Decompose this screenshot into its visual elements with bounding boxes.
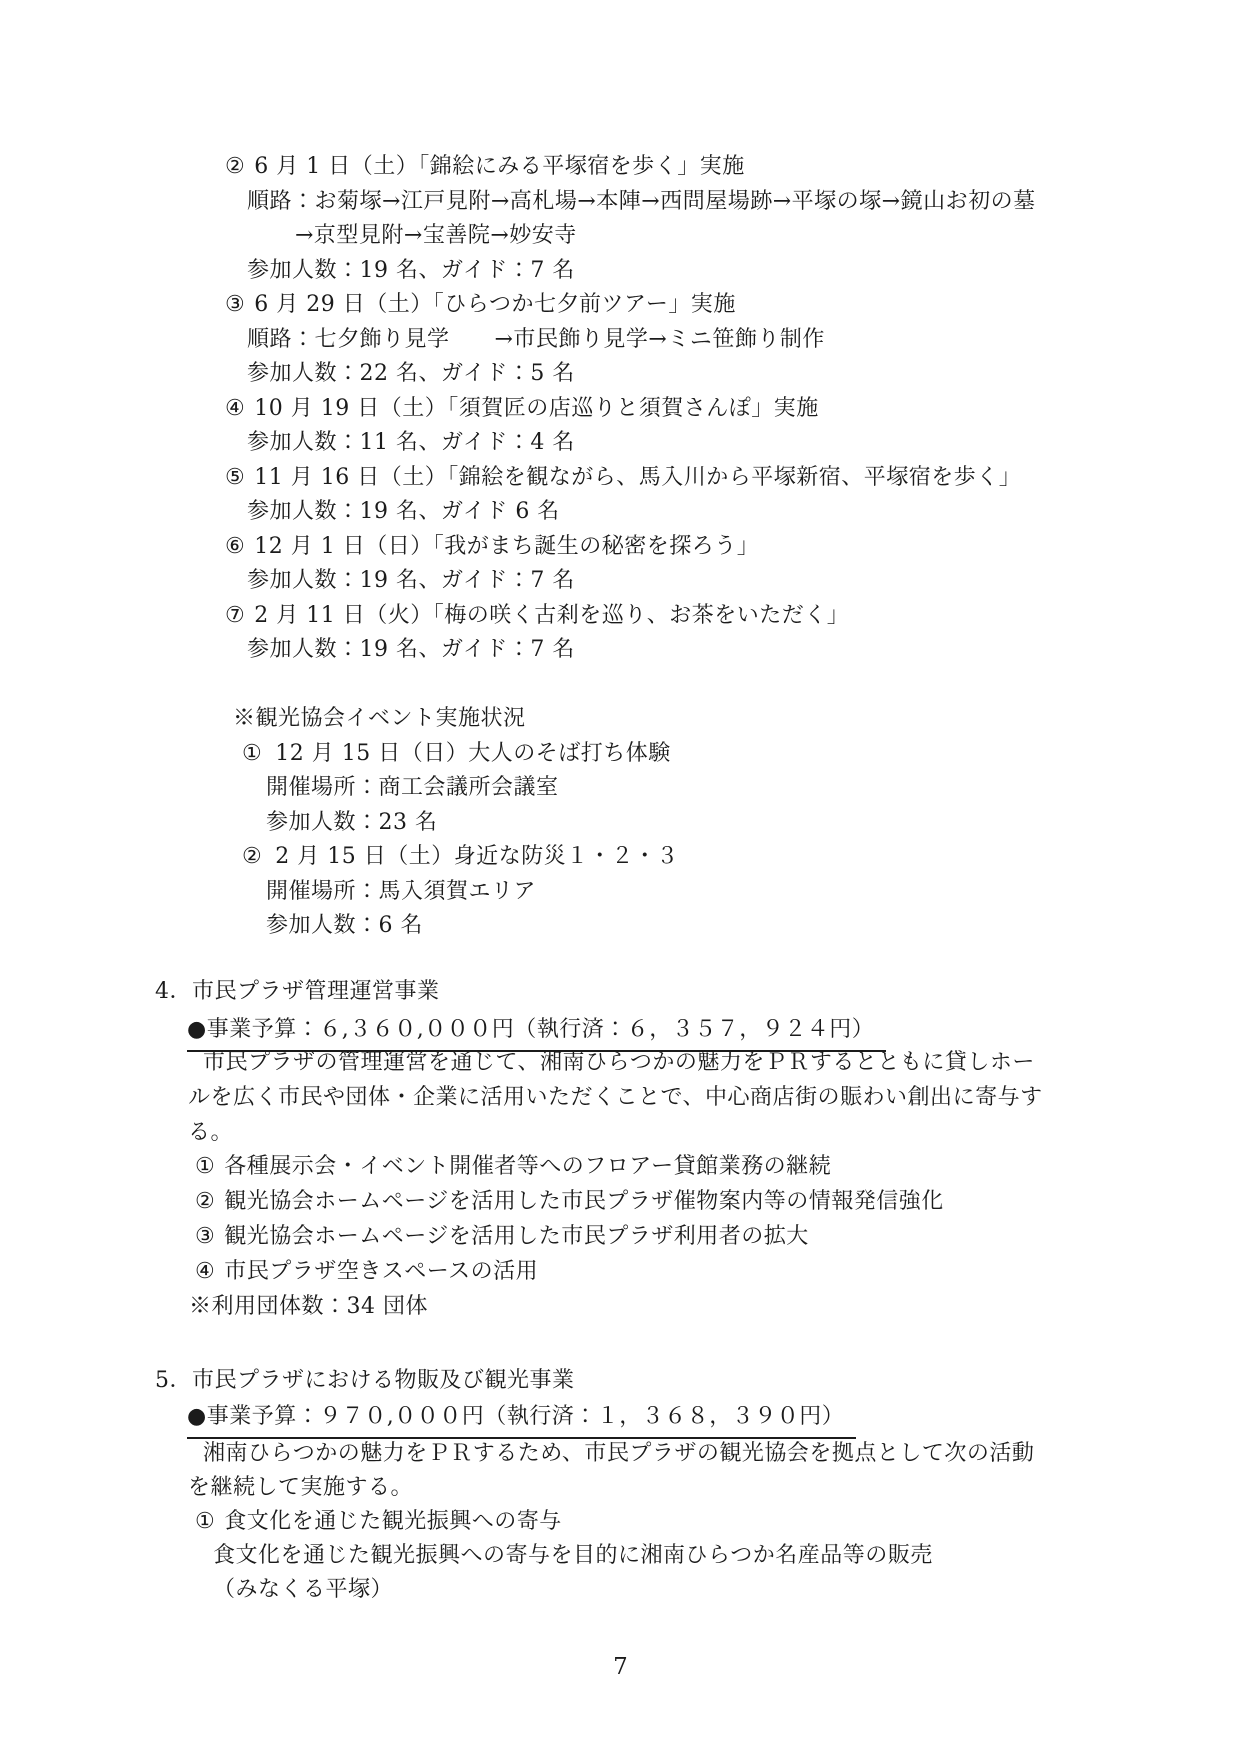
association-events-list: ※観光協会イベント実施状況 ①12 月 15 日（日）大人のそば打ち体験 開催場… [0, 702, 1241, 944]
budget-line: ●事業予算：９７０,０００円（執行済：１，３６８，３９０円） [0, 1400, 1241, 1439]
list-item-text: 観光協会ホームページを活用した市民プラザ催物案内等の情報発信強化 [224, 1189, 944, 1214]
section5-budget-row: ●事業予算：９７０,０００円（執行済：１，３６８，３９０円） [0, 1400, 1241, 1439]
paragraph-line: る。 [0, 1116, 1241, 1151]
item-marker: ⑦ [225, 599, 245, 634]
item-marker: ② [195, 1185, 215, 1220]
paragraph-line: ルを広く市民や団体・企業に活用いただくことで、中心商店街の賑わい創出に寄与す [0, 1081, 1241, 1116]
item-marker: ③ [195, 1220, 215, 1255]
participants-line: 参加人数：19 名、ガイド：7 名 [0, 633, 1241, 668]
list-item: ⑥12 月 1 日（日）「我がまち誕生の秘密を探ろう」 [0, 530, 1241, 565]
event-title: 6 月 29 日（土）「ひらつか七夕前ツアー」実施 [254, 292, 736, 317]
paragraph-line: を継続して実施する。 [0, 1471, 1241, 1505]
list-item: ⑤11 月 16 日（土）「錦絵を観ながら、馬入川から平塚新宿、平塚宿を歩く」 [0, 461, 1241, 496]
item-marker: ⑤ [225, 461, 245, 496]
budget-text: 事業予算：９７０,０００円（執行済：１，３６８，３９０円） [207, 1404, 845, 1429]
paragraph-line: 市民プラザの管理運営を通じて、湘南ひらつかの魅力をＰＲするとともに貸しホー [0, 1046, 1241, 1081]
detail-line: 食文化を通じた観光振興への寄与を目的に湘南ひらつか名産品等の販売 [0, 1539, 1241, 1573]
section4-body: 市民プラザの管理運営を通じて、湘南ひらつかの魅力をＰＲするとともに貸しホー ルを… [0, 1046, 1241, 1324]
participants-line: 参加人数：11 名、ガイド：4 名 [0, 426, 1241, 461]
item-marker: ③ [225, 288, 245, 323]
document-page: { "page": { "background": "#ffffff", "te… [0, 0, 1241, 1755]
item-marker: ① [242, 737, 262, 772]
event-title: 2 月 11 日（火）「梅の咲く古刹を巡り、お茶をいただく」 [254, 603, 849, 628]
page-number: 7 [0, 1650, 1241, 1684]
item-marker: ④ [225, 392, 245, 427]
venue-line: 開催場所：商工会議所会議室 [0, 771, 1241, 806]
route-line: 順路：お菊塚→江戸見附→高札場→本陣→西問屋場跡→平塚の塚→鏡山お初の墓 [0, 185, 1241, 220]
item-marker: ④ [195, 1255, 215, 1290]
event-title: 11 月 16 日（土）「錦絵を観ながら、馬入川から平塚新宿、平塚宿を歩く」 [254, 465, 1021, 490]
participants-line: 参加人数：19 名、ガイド：7 名 [0, 254, 1241, 289]
list-item-text: 観光協会ホームページを活用した市民プラザ利用者の拡大 [224, 1224, 809, 1249]
event-title: 12 月 15 日（日）大人のそば打ち体験 [275, 741, 670, 766]
section-note-heading: ※観光協会イベント実施状況 [0, 702, 1241, 737]
list-item: ①12 月 15 日（日）大人のそば打ち体験 [0, 737, 1241, 772]
bullet-icon: ● [187, 1400, 207, 1435]
bullet-icon: ● [187, 1013, 207, 1048]
participants-line: 参加人数：19 名、ガイド：7 名 [0, 564, 1241, 599]
guide-walks-list: ②6 月 1 日（土）「錦絵にみる平塚宿を歩く」実施 順路：お菊塚→江戸見附→高… [0, 150, 1241, 668]
list-item: ①食文化を通じた観光振興への寄与 [0, 1505, 1241, 1539]
section4-heading-row: 4．市民プラザ管理運営事業 [0, 975, 1241, 1010]
list-item: ⑦2 月 11 日（火）「梅の咲く古刹を巡り、お茶をいただく」 [0, 599, 1241, 634]
participants-line: 参加人数：23 名 [0, 806, 1241, 841]
participants-line: 参加人数：6 名 [0, 909, 1241, 944]
list-item: ①各種展示会・イベント開催者等へのフロアー貸館業務の継続 [0, 1150, 1241, 1185]
list-item: ④市民プラザ空きスペースの活用 [0, 1255, 1241, 1290]
list-item: ②2 月 15 日（土）身近な防災１・２・３ [0, 840, 1241, 875]
list-item-text: 市民プラザ空きスペースの活用 [224, 1259, 538, 1284]
list-item-text: 食文化を通じた観光振興への寄与 [224, 1509, 562, 1534]
event-title: 10 月 19 日（土）「須賀匠の店巡りと須賀さんぽ」実施 [254, 396, 818, 421]
usage-note-line: ※利用団体数：34 団体 [0, 1290, 1241, 1325]
list-item: ②6 月 1 日（土）「錦絵にみる平塚宿を歩く」実施 [0, 150, 1241, 185]
section-heading: 5．市民プラザにおける物販及び観光事業 [0, 1364, 1241, 1399]
event-title: 12 月 1 日（日）「我がまち誕生の秘密を探ろう」 [254, 534, 759, 559]
participants-line: 参加人数：22 名、ガイド：5 名 [0, 357, 1241, 392]
list-item-text: 各種展示会・イベント開催者等へのフロアー貸館業務の継続 [224, 1154, 831, 1179]
item-marker: ① [195, 1505, 215, 1539]
detail-line: （みなくる平塚） [0, 1573, 1241, 1607]
venue-line: 開催場所：馬入須賀エリア [0, 875, 1241, 910]
budget-text: 事業予算：６,３６０,０００円（執行済：６，３５７，９２４円） [207, 1017, 875, 1042]
item-marker: ② [225, 150, 245, 185]
section5-heading-row: 5．市民プラザにおける物販及び観光事業 [0, 1364, 1241, 1399]
section-heading: 4．市民プラザ管理運営事業 [0, 975, 1241, 1010]
item-marker: ① [195, 1150, 215, 1185]
list-item: ④10 月 19 日（土）「須賀匠の店巡りと須賀さんぽ」実施 [0, 392, 1241, 427]
section5-body: 湘南ひらつかの魅力をＰＲするため、市民プラザの観光協会を拠点として次の活動 を継… [0, 1437, 1241, 1607]
list-item: ③観光協会ホームページを活用した市民プラザ利用者の拡大 [0, 1220, 1241, 1255]
event-title: 6 月 1 日（土）「錦絵にみる平塚宿を歩く」実施 [254, 154, 744, 179]
paragraph-line: 湘南ひらつかの魅力をＰＲするため、市民プラザの観光協会を拠点として次の活動 [0, 1437, 1241, 1471]
item-marker: ② [242, 840, 262, 875]
participants-line: 参加人数：19 名、ガイド 6 名 [0, 495, 1241, 530]
list-item: ②観光協会ホームページを活用した市民プラザ催物案内等の情報発信強化 [0, 1185, 1241, 1220]
route-line: 順路：七夕飾り見学 →市民飾り見学→ミニ笹飾り制作 [0, 323, 1241, 358]
item-marker: ⑥ [225, 530, 245, 565]
list-item: ③6 月 29 日（土）「ひらつか七夕前ツアー」実施 [0, 288, 1241, 323]
event-title: 2 月 15 日（土）身近な防災１・２・３ [275, 844, 678, 869]
route-line: →京型見附→宝善院→妙安寺 [0, 219, 1241, 254]
